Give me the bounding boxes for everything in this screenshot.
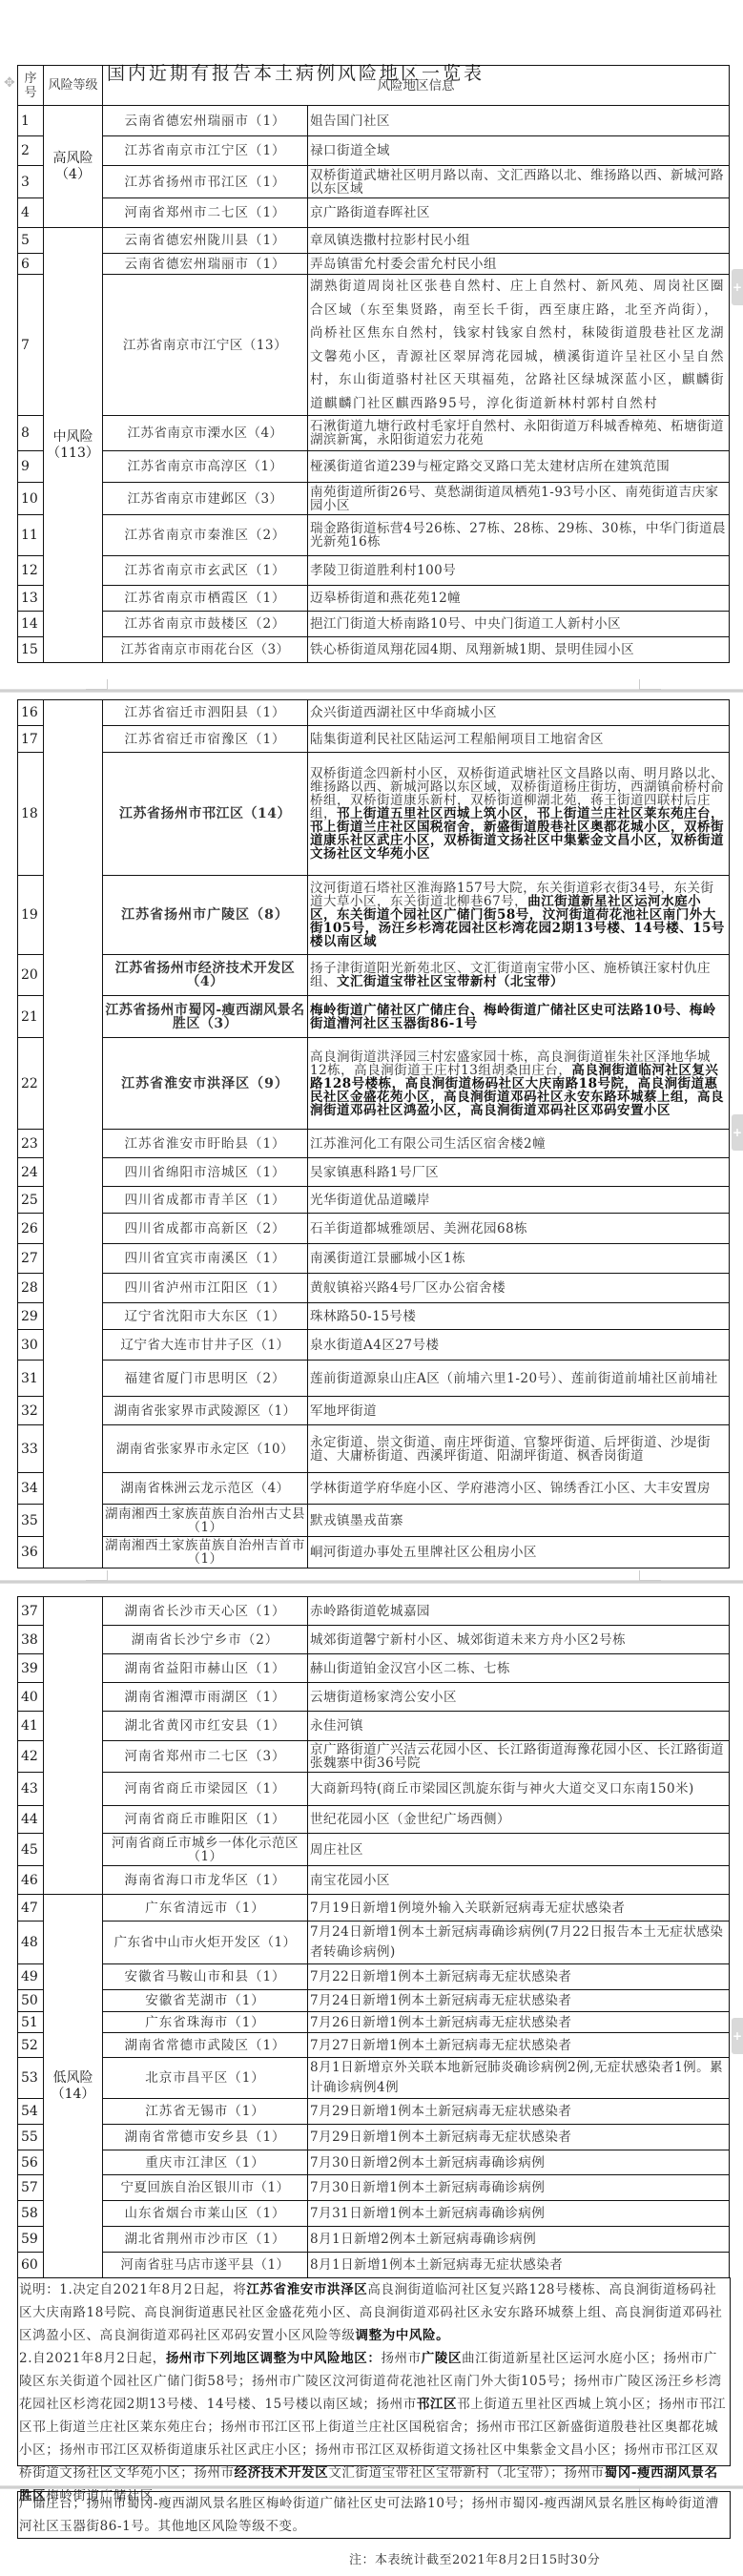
table-row: 60河南省驻马店市遂平县（1）8月1日新增1例本土新冠病毒无症状感染者	[18, 2253, 730, 2278]
area-info: 章凤镇迭撒村拉影村民小组	[308, 228, 730, 254]
area-info-text: 弄岛镇雷允村委会雷允村民小组	[310, 257, 497, 272]
area-info-text: 姐告国门社区	[310, 114, 390, 129]
area-name: 辽宁省大连市甘井子区（1）	[103, 1330, 308, 1361]
area-name: 四川省宜宾市南溪区（1）	[103, 1244, 308, 1274]
row-number: 8	[18, 416, 44, 451]
area-info: 7月27日新增1例本土新冠病毒无症状感染者	[308, 2033, 730, 2058]
table-row: 26四川省成都市高新区（2）石羊街道都城雅颂居、美洲花园68栋	[18, 1214, 730, 1244]
notes-box-continued: 广储庄台；扬州市蜀冈-瘦西湖风景名胜区梅岭街道广储社区史可法路10号；扬州市蜀冈…	[17, 2491, 731, 2539]
area-info: 姐告国门社区	[308, 106, 730, 136]
area-info: 永定街道、崇文街道、南庄坪街道、官黎坪街道、后坪街道、沙堤街道、大庸桥街道、西溪…	[308, 1425, 730, 1473]
area-info: 8月1日新增2例本土新冠病毒确诊病例	[308, 2227, 730, 2253]
area-info-text: 石湫街道九塘行政村毛家圩自然村、永阳街道万科城香樟苑、柘塘街道湖滨新寓，永阳街道…	[310, 419, 724, 447]
area-info: 7月30日新增1例本土新冠病毒确诊病例	[308, 2175, 730, 2201]
page-break-3	[0, 2485, 743, 2489]
area-info: 吴家镇惠科路1号厂区	[308, 1158, 730, 1187]
area-name: 河南省商丘市城乡一体化示范区（1）	[103, 1834, 308, 1866]
row-number: 20	[18, 955, 44, 996]
area-info-text: 7月19日新增1例境外输入关联新冠病毒无症状感染者	[310, 1901, 625, 1916]
area-info-text: 学林街道学府华庭小区、学府港湾小区、锦绣香江小区、大丰安置房	[310, 1481, 711, 1496]
row-number: 42	[18, 1741, 44, 1773]
area-info: 光华街道优品道曦岸	[308, 1187, 730, 1214]
table-header-row: 序号 风险等级 风险地区信息	[18, 66, 730, 106]
area-info: 石湫街道九塘行政村毛家圩自然村、永阳街道万科城香樟苑、柘塘街道湖滨新寓，永阳街道…	[308, 416, 730, 451]
area-info: 双桥街道念四新村小区，双桥街道武塘社区文昌路以南、明月路以北、维扬路以西、新城河…	[308, 753, 730, 876]
row-number: 25	[18, 1187, 44, 1214]
area-info: 7月24日新增1例本土新冠病毒确诊病例(7月22日报告本土无症状感染者转确诊病例…	[308, 1922, 730, 1964]
area-name: 江苏省淮安市洪泽区（9）	[103, 1038, 308, 1130]
note-1-bold: 江苏省淮安市洪泽区	[246, 2282, 367, 2297]
row-number: 48	[18, 1922, 44, 1964]
area-info: 大商新玛特(商丘市梁园区凯旋东街与神火大道交叉口东南150米)	[308, 1773, 730, 1806]
area-info: 梅岭街道广储社区广储庄台、梅岭街道广储社区史可法路10号、梅岭街道漕河社区玉器街…	[308, 996, 730, 1038]
area-name: 湖南省长沙市天心区（1）	[103, 1597, 308, 1626]
table-row: 40湖南省湘潭市雨湖区（1）云塘街道杨家湾公安小区	[18, 1683, 730, 1712]
row-number: 16	[18, 700, 44, 726]
table-row: 22江苏省淮安市洪泽区（9）高良涧街道洪泽园三村宏盛家园十栋，高良涧街道崔朱社区…	[18, 1038, 730, 1130]
area-info-text: 珠林路50-15号楼	[310, 1309, 416, 1324]
area-info-text: 黄舣镇裕兴路4号厂区办公宿舍楼	[310, 1280, 506, 1296]
area-name: 山东省烟台市莱山区（1）	[103, 2201, 308, 2227]
row-number: 41	[18, 1712, 44, 1741]
row-number: 51	[18, 2012, 44, 2033]
area-info-text: 7月29日新增1例本土新冠病毒无症状感染者	[310, 2129, 571, 2145]
table-row: 9江苏省南京市高淳区（1）桠溪街道省道239与桠定路交叉路口芜太建材店所在建筑范…	[18, 451, 730, 483]
area-info: 军地坪街道	[308, 1397, 730, 1425]
risk-table-page-2: 16江苏省宿迁市泗阳县（1）众兴街道西湖社区中华商城小区17江苏省宿迁市宿豫区（…	[17, 699, 730, 1568]
row-number: 9	[18, 451, 44, 483]
area-name: 江苏省宿迁市泗阳县（1）	[103, 700, 308, 726]
area-info-text: 双桥街道武塘社区明月路以南、文汇西路以北、维扬路以西、新城河路以东区域	[310, 168, 724, 197]
area-info-text: 吴家镇惠科路1号厂区	[310, 1165, 439, 1180]
area-info-text: 7月24日新增1例本土新冠病毒无症状感染者	[310, 1993, 571, 2008]
table-row: 1高风险（4）云南省德宏州瑞丽市（1）姐告国门社区	[18, 106, 730, 136]
area-name: 江苏省南京市鼓楼区（2）	[103, 612, 308, 637]
table-row: 13江苏省南京市栖霞区（1）迈皋桥街道和燕花苑12幢	[18, 586, 730, 612]
table-row: 42河南省郑州市二七区（3）京广路街道广兴洁云花园小区、长江路街道海豫花园小区、…	[18, 1741, 730, 1773]
area-info: 7月19日新增1例境外输入关联新冠病毒无症状感染者	[308, 1895, 730, 1922]
area-name: 江苏省南京市建邺区（3）	[103, 483, 308, 515]
area-name: 江苏省南京市秦淮区（2）	[103, 515, 308, 556]
row-number: 40	[18, 1683, 44, 1712]
area-info-text: 挹江门街道大桥南路10号、中央门街道工人新村小区	[310, 616, 621, 632]
area-info-text: 永佳河镇	[310, 1718, 363, 1734]
table-row: 36湖南湘西土家族苗族自治州吉首市（1）峒河街道办事处五里牌社区公租房小区	[18, 1537, 730, 1568]
area-info: 石羊街道都城雅颂居、美洲花园68栋	[308, 1214, 730, 1244]
area-info-text: 城郊街道馨宁新村小区、城郊街道未来方舟小区2号栋	[310, 1632, 626, 1648]
area-name: 湖北省荆州市沙市区（1）	[103, 2227, 308, 2253]
area-name: 河南省郑州市二七区（3）	[103, 1741, 308, 1773]
area-info: 永佳河镇	[308, 1712, 730, 1741]
table-row: 18江苏省扬州市邗江区（14）双桥街道念四新村小区，双桥街道武塘社区文昌路以南、…	[18, 753, 730, 876]
area-info-text: 湖熟街道周岗社区张巷自然村、庄上自然村、新风苑、周岗社区圈合区域（东至集贤路，南…	[310, 279, 725, 411]
area-info-text: 南溪街道江景郦城小区1栋	[310, 1251, 465, 1266]
area-name: 江苏省淮安市盱眙县（1）	[103, 1130, 308, 1158]
table-row: 44河南省商丘市睢阳区（1）世纪花园小区（金世纪广场西侧）	[18, 1806, 730, 1834]
row-number: 30	[18, 1330, 44, 1361]
area-name: 江苏省南京市栖霞区（1）	[103, 586, 308, 612]
area-info: 黄舣镇裕兴路4号厂区办公宿舍楼	[308, 1274, 730, 1303]
area-info: 南苑街道所街26号、莫愁湖街道凤栖苑1-93号小区、南苑街道吉庆家园小区	[308, 483, 730, 515]
row-number: 38	[18, 1626, 44, 1654]
side-plus-button[interactable]: +	[732, 1114, 743, 1151]
area-info: 江苏淮河化工有限公司生活区宿舍楼2幢	[308, 1130, 730, 1158]
area-info: 8月1日新增1例本土新冠病毒无症状感染者	[308, 2253, 730, 2278]
row-number: 47	[18, 1895, 44, 1922]
table-row: 39湖南省益阳市赫山区（1）赫山街道铂金汉宫小区二栋、七栋	[18, 1654, 730, 1683]
area-name: 辽宁省沈阳市大东区（1）	[103, 1303, 308, 1330]
row-number: 46	[18, 1866, 44, 1895]
row-number: 17	[18, 726, 44, 753]
row-number: 43	[18, 1773, 44, 1806]
row-number: 37	[18, 1597, 44, 1626]
row-number: 22	[18, 1038, 44, 1130]
area-name: 海南省海口市龙华区（1）	[103, 1866, 308, 1895]
table-row: 29辽宁省沈阳市大东区（1）珠林路50-15号楼	[18, 1303, 730, 1330]
side-plus-button[interactable]: +	[732, 2018, 743, 2054]
row-number: 54	[18, 2099, 44, 2125]
area-info-text: 京广路街道春晖社区	[310, 205, 430, 220]
row-number: 3	[18, 166, 44, 198]
area-name: 湖南省张家界市武陵源区（1）	[103, 1397, 308, 1425]
area-name: 湖南省张家界市永定区（10）	[103, 1425, 308, 1473]
area-info-text: 8月1日新增1例本土新冠病毒无症状感染者	[310, 2257, 563, 2273]
area-info: 汶河街道石塔社区淮海路157号大院，东关街道彩衣街34号，东关街道大草小区，东关…	[308, 876, 730, 955]
area-info-text: 8月1日新增2例本土新冠病毒确诊病例	[310, 2232, 536, 2247]
area-info: 陆集街道利民社区陆运河工程船闸项目工地宿舍区	[308, 726, 730, 753]
row-number: 19	[18, 876, 44, 955]
area-info-text: 铁心桥街道凤翔花园4期、凤翔新城1期、景明佳园小区	[310, 642, 634, 657]
row-number: 27	[18, 1244, 44, 1274]
area-name: 云南省德宏州瑞丽市（1）	[103, 106, 308, 136]
area-name: 湖南湘西土家族苗族自治州吉首市（1）	[103, 1537, 308, 1568]
row-number: 1	[18, 106, 44, 136]
area-name: 重庆市江津区（1）	[103, 2150, 308, 2175]
table-row: 37湖南省长沙市天心区（1）赤岭路街道乾城嘉园	[18, 1597, 730, 1626]
area-name: 江苏省南京市玄武区（1）	[103, 556, 308, 586]
area-info-text: 陆集街道利民社区陆运河工程船闸项目工地宿舍区	[310, 732, 604, 747]
row-number: 52	[18, 2033, 44, 2058]
area-info: 禄口街道全域	[308, 136, 730, 166]
table-row: 23江苏省淮安市盱眙县（1）江苏淮河化工有限公司生活区宿舍楼2幢	[18, 1130, 730, 1158]
note-2-continued: 广储庄台；扬州市蜀冈-瘦西湖风景名胜区梅岭街道广储社区史可法路10号；扬州市蜀冈…	[19, 2496, 719, 2534]
area-name: 湖南省长沙宁乡市（2）	[103, 1626, 308, 1654]
area-info: 众兴街道西湖社区中华商城小区	[308, 700, 730, 726]
area-info-text-bold: 文汇街道宝带社区宝带新村（北宝带）	[337, 974, 564, 989]
area-name: 广东省清远市（1）	[103, 1895, 308, 1922]
row-number: 26	[18, 1214, 44, 1244]
row-number: 49	[18, 1964, 44, 1990]
area-name: 江苏省扬州市经济技术开发区（4）	[103, 955, 308, 996]
area-name: 广东省中山市火炬开发区（1）	[103, 1922, 308, 1964]
table-row: 16江苏省宿迁市泗阳县（1）众兴街道西湖社区中华商城小区	[18, 700, 730, 726]
area-info-text-bold: 邗上街道五里社区西城上筑小区，邗上街道兰庄社区莱东苑庄台，邗上街道兰庄社区国税宿…	[310, 806, 724, 862]
area-name: 安徽省芜湖市（1）	[103, 1990, 308, 2012]
note-1-bold: 调整为中风险。	[356, 2328, 450, 2343]
table-row: 43河南省商丘市梁园区（1）大商新玛特(商丘市梁园区凯旋东街与神火大道交叉口东南…	[18, 1773, 730, 1806]
area-info: 扬子津街道阳光新苑北区、文汇街道南宝带小区、施桥镇汪家村仇庄组、文汇街道宝带社区…	[308, 955, 730, 996]
area-info: 赫山街道铂金汉宫小区二栋、七栋	[308, 1654, 730, 1683]
area-info: 8月1日新增京外关联本地新冠肺炎确诊病例2例,无症状感染者1例。累计确诊病例4例	[308, 2058, 730, 2099]
row-number: 24	[18, 1158, 44, 1187]
area-name: 江苏省扬州市邗江区（14）	[103, 753, 308, 876]
table-row: 6云南省德宏州瑞丽市（1）弄岛镇雷允村委会雷允村民小组	[18, 254, 730, 275]
side-plus-button[interactable]: +	[732, 269, 743, 305]
area-name: 河南省郑州市二七区（1）	[103, 198, 308, 228]
table-row: 27四川省宜宾市南溪区（1）南溪街道江景郦城小区1栋	[18, 1244, 730, 1274]
area-info-text: 7月22日新增1例本土新冠病毒无症状感染者	[310, 1969, 571, 1984]
area-name: 江苏省南京市高淳区（1）	[103, 451, 308, 483]
area-name: 云南省德宏州陇川县（1）	[103, 228, 308, 254]
page-corner-mark	[86, 679, 108, 690]
area-name: 四川省成都市青羊区（1）	[103, 1187, 308, 1214]
area-info-text: 南宝花园小区	[310, 1873, 390, 1888]
table-row: 48广东省中山市火炬开发区（1）7月24日新增1例本土新冠病毒确诊病例(7月22…	[18, 1922, 730, 1964]
area-info: 7月22日新增1例本土新冠病毒无症状感染者	[308, 1964, 730, 1990]
area-info: 世纪花园小区（金世纪广场西侧）	[308, 1806, 730, 1834]
area-info-text: 周庄社区	[310, 1842, 363, 1858]
table-row: 32湖南省张家界市武陵源区（1）军地坪街道	[18, 1397, 730, 1425]
area-name: 湖南省益阳市赫山区（1）	[103, 1654, 308, 1683]
risk-table-page-3: 37湖南省长沙市天心区（1）赤岭路街道乾城嘉园38湖南省长沙宁乡市（2）城郊街道…	[17, 1596, 730, 2278]
area-info: 7月26日新增1例本土新冠病毒无症状感染者	[308, 2012, 730, 2033]
table-row: 54江苏省无锡市（1）7月29日新增1例本土新冠病毒无症状感染者	[18, 2099, 730, 2125]
area-name: 江苏省无锡市（1）	[103, 2099, 308, 2125]
area-info: 城郊街道馨宁新村小区、城郊街道未来方舟小区2号栋	[308, 1626, 730, 1654]
area-info: 湖熟街道周岗社区张巷自然村、庄上自然村、新风苑、周岗社区圈合区域（东至集贤路，南…	[308, 275, 730, 416]
note-2-bold: 扬州市下列地区调整为中风险地区：	[166, 2351, 382, 2366]
risk-level-cell: 高风险（4）	[44, 106, 103, 228]
area-name: 湖南湘西土家族苗族自治州古丈县（1）	[103, 1505, 308, 1537]
row-number: 34	[18, 1473, 44, 1505]
table-row: 46海南省海口市龙华区（1）南宝花园小区	[18, 1866, 730, 1895]
table-move-handle-icon[interactable]: ✥	[4, 76, 17, 90]
table-row: 7江苏省南京市江宁区（13）湖熟街道周岗社区张巷自然村、庄上自然村、新风苑、周岗…	[18, 275, 730, 416]
area-info: 高良涧街道洪泽园三村宏盛家园十栋，高良涧街道崔朱社区泽地华城12栋，高良涧街道王…	[308, 1038, 730, 1130]
row-number: 29	[18, 1303, 44, 1330]
risk-level-cell	[44, 700, 103, 1568]
table-row: 20江苏省扬州市经济技术开发区（4）扬子津街道阳光新苑北区、文汇街道南宝带小区、…	[18, 955, 730, 996]
area-info: 迈皋桥街道和燕花苑12幢	[308, 586, 730, 612]
table-row: 38湖南省长沙宁乡市（2）城郊街道馨宁新村小区、城郊街道未来方舟小区2号栋	[18, 1626, 730, 1654]
area-info: 7月29日新增1例本土新冠病毒无症状感染者	[308, 2125, 730, 2150]
area-info-text: 赤岭路街道乾城嘉园	[310, 1604, 430, 1619]
row-number: 28	[18, 1274, 44, 1303]
area-info-text: 7月26日新增1例本土新冠病毒无症状感染者	[310, 2015, 571, 2030]
area-info-text: 迈皋桥街道和燕花苑12幢	[310, 591, 461, 606]
area-info-text: 禄口街道全域	[310, 143, 390, 158]
area-name: 江苏省南京市江宁区（13）	[103, 275, 308, 416]
table-row: 31福建省厦门市思明区（2）莲前街道源泉山庄A区（前埔六里1-20号）、莲前街道…	[18, 1361, 730, 1397]
area-info-text: 世纪花园小区（金世纪广场西侧）	[310, 1812, 510, 1827]
area-name: 湖南省湘潭市雨湖区（1）	[103, 1683, 308, 1712]
area-name: 四川省成都市高新区（2）	[103, 1214, 308, 1244]
area-info-text: 莲前街道源泉山庄A区（前埔六里1-20号）、莲前街道前埔社区前埔社	[310, 1371, 718, 1386]
area-info: 莲前街道源泉山庄A区（前埔六里1-20号）、莲前街道前埔社区前埔社	[308, 1361, 730, 1397]
area-info-text: 永定街道、崇文街道、南庄坪街道、官黎坪街道、后坪街道、沙堤街道、大庸桥街道、西溪…	[310, 1435, 711, 1464]
area-info: 京广路街道广兴洁云花园小区、长江路街道海豫花园小区、长江路街道张魏寨中街36号院	[308, 1741, 730, 1773]
area-name: 江苏省南京市江宁区（1）	[103, 136, 308, 166]
area-name: 河南省驻马店市遂平县（1）	[103, 2253, 308, 2278]
row-number: 12	[18, 556, 44, 586]
row-number: 57	[18, 2175, 44, 2201]
area-name: 河南省商丘市梁园区（1）	[103, 1773, 308, 1806]
area-name: 福建省厦门市思明区（2）	[103, 1361, 308, 1397]
table-row: 34湖南省株洲云龙示范区（4）学林街道学府华庭小区、学府港湾小区、锦绣香江小区、…	[18, 1473, 730, 1505]
row-number: 32	[18, 1397, 44, 1425]
table-row: 30辽宁省大连市甘井子区（1）泉水街道A4区27号楼	[18, 1330, 730, 1361]
area-name: 湖南省常德市安乡县（1）	[103, 2125, 308, 2150]
area-info: 赤岭路街道乾城嘉园	[308, 1597, 730, 1626]
area-info: 双桥街道武塘社区明月路以南、文汇西路以北、维扬路以西、新城河路以东区域	[308, 166, 730, 198]
area-info: 桠溪街道省道239与桠定路交叉路口芜太建材店所在建筑范围	[308, 451, 730, 483]
row-number: 2	[18, 136, 44, 166]
area-info: 泉水街道A4区27号楼	[308, 1330, 730, 1361]
area-name: 湖南省常德市武陵区（1）	[103, 2033, 308, 2058]
area-info-text: 默戎镇墨戎苗寨	[310, 1513, 403, 1528]
header-level: 风险等级	[44, 66, 103, 106]
row-number: 60	[18, 2253, 44, 2278]
area-info-text-bold: 梅岭街道广储社区广储庄台、梅岭街道广储社区史可法路10号、梅岭街道漕河社区玉器街…	[310, 1003, 716, 1031]
note-2-bold: 广陵区	[422, 2351, 462, 2366]
table-row: 2江苏省南京市江宁区（1）禄口街道全域	[18, 136, 730, 166]
risk-table-page-1: 序号 风险等级 风险地区信息 1高风险（4）云南省德宏州瑞丽市（1）姐告国门社区…	[17, 65, 730, 663]
table-row: 47低风险（14）广东省清远市（1）7月19日新增1例境外输入关联新冠病毒无症状…	[18, 1895, 730, 1922]
page-break-1	[0, 689, 743, 693]
area-name: 云南省德宏州瑞丽市（1）	[103, 254, 308, 275]
area-info-text: 峒河街道办事处五里牌社区公租房小区	[310, 1545, 537, 1560]
area-info-text: 南苑街道所街26号、莫愁湖街道凤栖苑1-93号小区、南苑街道吉庆家园小区	[310, 485, 719, 513]
area-info-text: 8月1日新增京外关联本地新冠肺炎确诊病例2例,无症状感染者1例。累计确诊病例4例	[310, 2060, 723, 2095]
area-name: 北京市昌平区（1）	[103, 2058, 308, 2099]
note-2-bold: 邗江区	[417, 2397, 457, 2412]
area-info-text: 桠溪街道省道239与桠定路交叉路口芜太建材店所在建筑范围	[310, 459, 670, 474]
area-info: 挹江门街道大桥南路10号、中央门街道工人新村小区	[308, 612, 730, 637]
row-number: 7	[18, 275, 44, 416]
note-2-bold: 经济技术开发区	[235, 2465, 329, 2481]
area-name: 江苏省南京市雨花台区（3）	[103, 637, 308, 663]
row-number: 13	[18, 586, 44, 612]
table-row: 14江苏省南京市鼓楼区（2）挹江门街道大桥南路10号、中央门街道工人新村小区	[18, 612, 730, 637]
area-name: 宁夏回族自治区银川市（1）	[103, 2175, 308, 2201]
area-info: 7月30日新增2例本土新冠病毒确诊病例	[308, 2150, 730, 2175]
table-row: 8江苏省南京市溧水区（4）石湫街道九塘行政村毛家圩自然村、永阳街道万科城香樟苑、…	[18, 416, 730, 451]
area-info: 默戎镇墨戎苗寨	[308, 1505, 730, 1537]
table-row: 33湖南省张家界市永定区（10）永定街道、崇文街道、南庄坪街道、官黎坪街道、后坪…	[18, 1425, 730, 1473]
row-number: 5	[18, 228, 44, 254]
table-row: 11江苏省南京市秦淮区（2）瑞金路街道标营4号26栋、27栋、28栋、29栋、3…	[18, 515, 730, 556]
area-info: 周庄社区	[308, 1834, 730, 1866]
area-info: 峒河街道办事处五里牌社区公租房小区	[308, 1537, 730, 1568]
table-row: 55湖南省常德市安乡县（1）7月29日新增1例本土新冠病毒无症状感染者	[18, 2125, 730, 2150]
area-name: 湖北省黄冈市红安县（1）	[103, 1712, 308, 1741]
area-info: 铁心桥街道凤翔花园4期、凤翔新城1期、景明佳园小区	[308, 637, 730, 663]
row-number: 31	[18, 1361, 44, 1397]
area-info-text: 7月27日新增1例本土新冠病毒无症状感染者	[310, 2038, 571, 2053]
table-row: 52湖南省常德市武陵区（1）7月27日新增1例本土新冠病毒无症状感染者	[18, 2033, 730, 2058]
table-row: 49安徽省马鞍山市和县（1）7月22日新增1例本土新冠病毒无症状感染者	[18, 1964, 730, 1990]
area-info-text: 7月29日新增1例本土新冠病毒无症状感染者	[310, 2104, 571, 2119]
area-info-text: 7月24日新增1例本土新冠病毒确诊病例(7月22日报告本土无症状感染者转确诊病例…	[310, 1924, 723, 1960]
table-row: 28四川省泸州市江阳区（1）黄舣镇裕兴路4号厂区办公宿舍楼	[18, 1274, 730, 1303]
row-number: 45	[18, 1834, 44, 1866]
area-info: 南溪街道江景郦城小区1栋	[308, 1244, 730, 1274]
table-row: 45河南省商丘市城乡一体化示范区（1）周庄社区	[18, 1834, 730, 1866]
row-number: 18	[18, 753, 44, 876]
risk-level-cell	[44, 1597, 103, 1895]
row-number: 4	[18, 198, 44, 228]
note-2-text: 文汇街道宝带社区宝带新村（北宝带）；扬州市	[328, 2465, 604, 2481]
risk-level-cell: 低风险（14）	[44, 1895, 103, 2278]
area-name: 江苏省扬州市蜀冈-瘦西湖风景名胜区（3）	[103, 996, 308, 1038]
area-info-text: 章凤镇迭撒村拉影村民小组	[310, 233, 470, 248]
table-row: 17江苏省宿迁市宿豫区（1）陆集街道利民社区陆运河工程船闸项目工地宿舍区	[18, 726, 730, 753]
area-info-text: 赫山街道铂金汉宫小区二栋、七栋	[310, 1661, 510, 1676]
page-corner-mark	[639, 679, 661, 690]
row-number: 39	[18, 1654, 44, 1683]
row-number: 35	[18, 1505, 44, 1537]
row-number: 11	[18, 515, 44, 556]
area-info-text: 石羊街道都城雅颂居、美洲花园68栋	[310, 1221, 527, 1236]
row-number: 55	[18, 2125, 44, 2150]
area-name: 河南省商丘市睢阳区（1）	[103, 1806, 308, 1834]
area-info-text: 光华街道优品道曦岸	[310, 1193, 430, 1208]
risk-level-cell: 中风险（113）	[44, 228, 103, 663]
area-info: 云塘街道杨家湾公安小区	[308, 1683, 730, 1712]
row-number: 58	[18, 2201, 44, 2227]
area-info-text: 孝陵卫街道胜利村100号	[310, 563, 456, 578]
table-row: 19江苏省扬州市广陵区（8）汶河街道石塔社区淮海路157号大院，东关街道彩衣街3…	[18, 876, 730, 955]
table-row: 5中风险（113）云南省德宏州陇川县（1）章凤镇迭撒村拉影村民小组	[18, 228, 730, 254]
table-row: 53北京市昌平区（1）8月1日新增京外关联本地新冠肺炎确诊病例2例,无症状感染者…	[18, 2058, 730, 2099]
page-corner-mark	[86, 1570, 108, 1581]
table-row: 35湖南湘西土家族苗族自治州古丈县（1）默戎镇墨戎苗寨	[18, 1505, 730, 1537]
table-row: 50安徽省芜湖市（1）7月24日新增1例本土新冠病毒无症状感染者	[18, 1990, 730, 2012]
area-info: 弄岛镇雷允村委会雷允村民小组	[308, 254, 730, 275]
header-no: 序号	[18, 66, 44, 106]
row-number: 53	[18, 2058, 44, 2099]
table-row: 51广东省珠海市（1）7月26日新增1例本土新冠病毒无症状感染者	[18, 2012, 730, 2033]
area-info: 瑞金路街道标营4号26栋、27栋、28栋、29栋、30栋，中华门街道晨光新苑16…	[308, 515, 730, 556]
table-row: 15江苏省南京市雨花台区（3）铁心桥街道凤翔花园4期、凤翔新城1期、景明佳园小区	[18, 637, 730, 663]
area-info: 南宝花园小区	[308, 1866, 730, 1895]
area-name: 广东省珠海市（1）	[103, 2012, 308, 2033]
row-number: 44	[18, 1806, 44, 1834]
area-name: 安徽省马鞍山市和县（1）	[103, 1964, 308, 1990]
area-info-text: 江苏淮河化工有限公司生活区宿舍楼2幢	[310, 1136, 546, 1152]
row-number: 50	[18, 1990, 44, 2012]
area-info-text: 7月30日新增2例本土新冠病毒确诊病例	[310, 2155, 545, 2171]
row-number: 15	[18, 637, 44, 663]
page-break-2	[0, 1580, 743, 1584]
area-name: 四川省绵阳市涪城区（1）	[103, 1158, 308, 1187]
table-row: 4河南省郑州市二七区（1）京广路街道春晖社区	[18, 198, 730, 228]
table-row: 21江苏省扬州市蜀冈-瘦西湖风景名胜区（3）梅岭街道广储社区广储庄台、梅岭街道广…	[18, 996, 730, 1038]
table-row: 41湖北省黄冈市红安县（1）永佳河镇	[18, 1712, 730, 1741]
row-number: 59	[18, 2227, 44, 2253]
table-row: 12江苏省南京市玄武区（1）孝陵卫街道胜利村100号	[18, 556, 730, 586]
area-info-text: 军地坪街道	[310, 1403, 377, 1419]
area-info-text: 7月30日新增1例本土新冠病毒确诊病例	[310, 2180, 545, 2195]
row-number: 36	[18, 1537, 44, 1568]
table-row: 58山东省烟台市莱山区（1）7月31日新增1例本土新冠病毒确诊病例	[18, 2201, 730, 2227]
note-2-text: 扬州市	[381, 2351, 421, 2366]
area-name: 江苏省扬州市邗江区（1）	[103, 166, 308, 198]
table-row: 3江苏省扬州市邗江区（1）双桥街道武塘社区明月路以南、文汇西路以北、维扬路以西、…	[18, 166, 730, 198]
area-info-text: 云塘街道杨家湾公安小区	[310, 1690, 457, 1705]
area-info: 京广路街道春晖社区	[308, 198, 730, 228]
area-info-text: 瑞金路街道标营4号26栋、27栋、28栋、29栋、30栋，中华门街道晨光新苑16…	[310, 521, 726, 550]
